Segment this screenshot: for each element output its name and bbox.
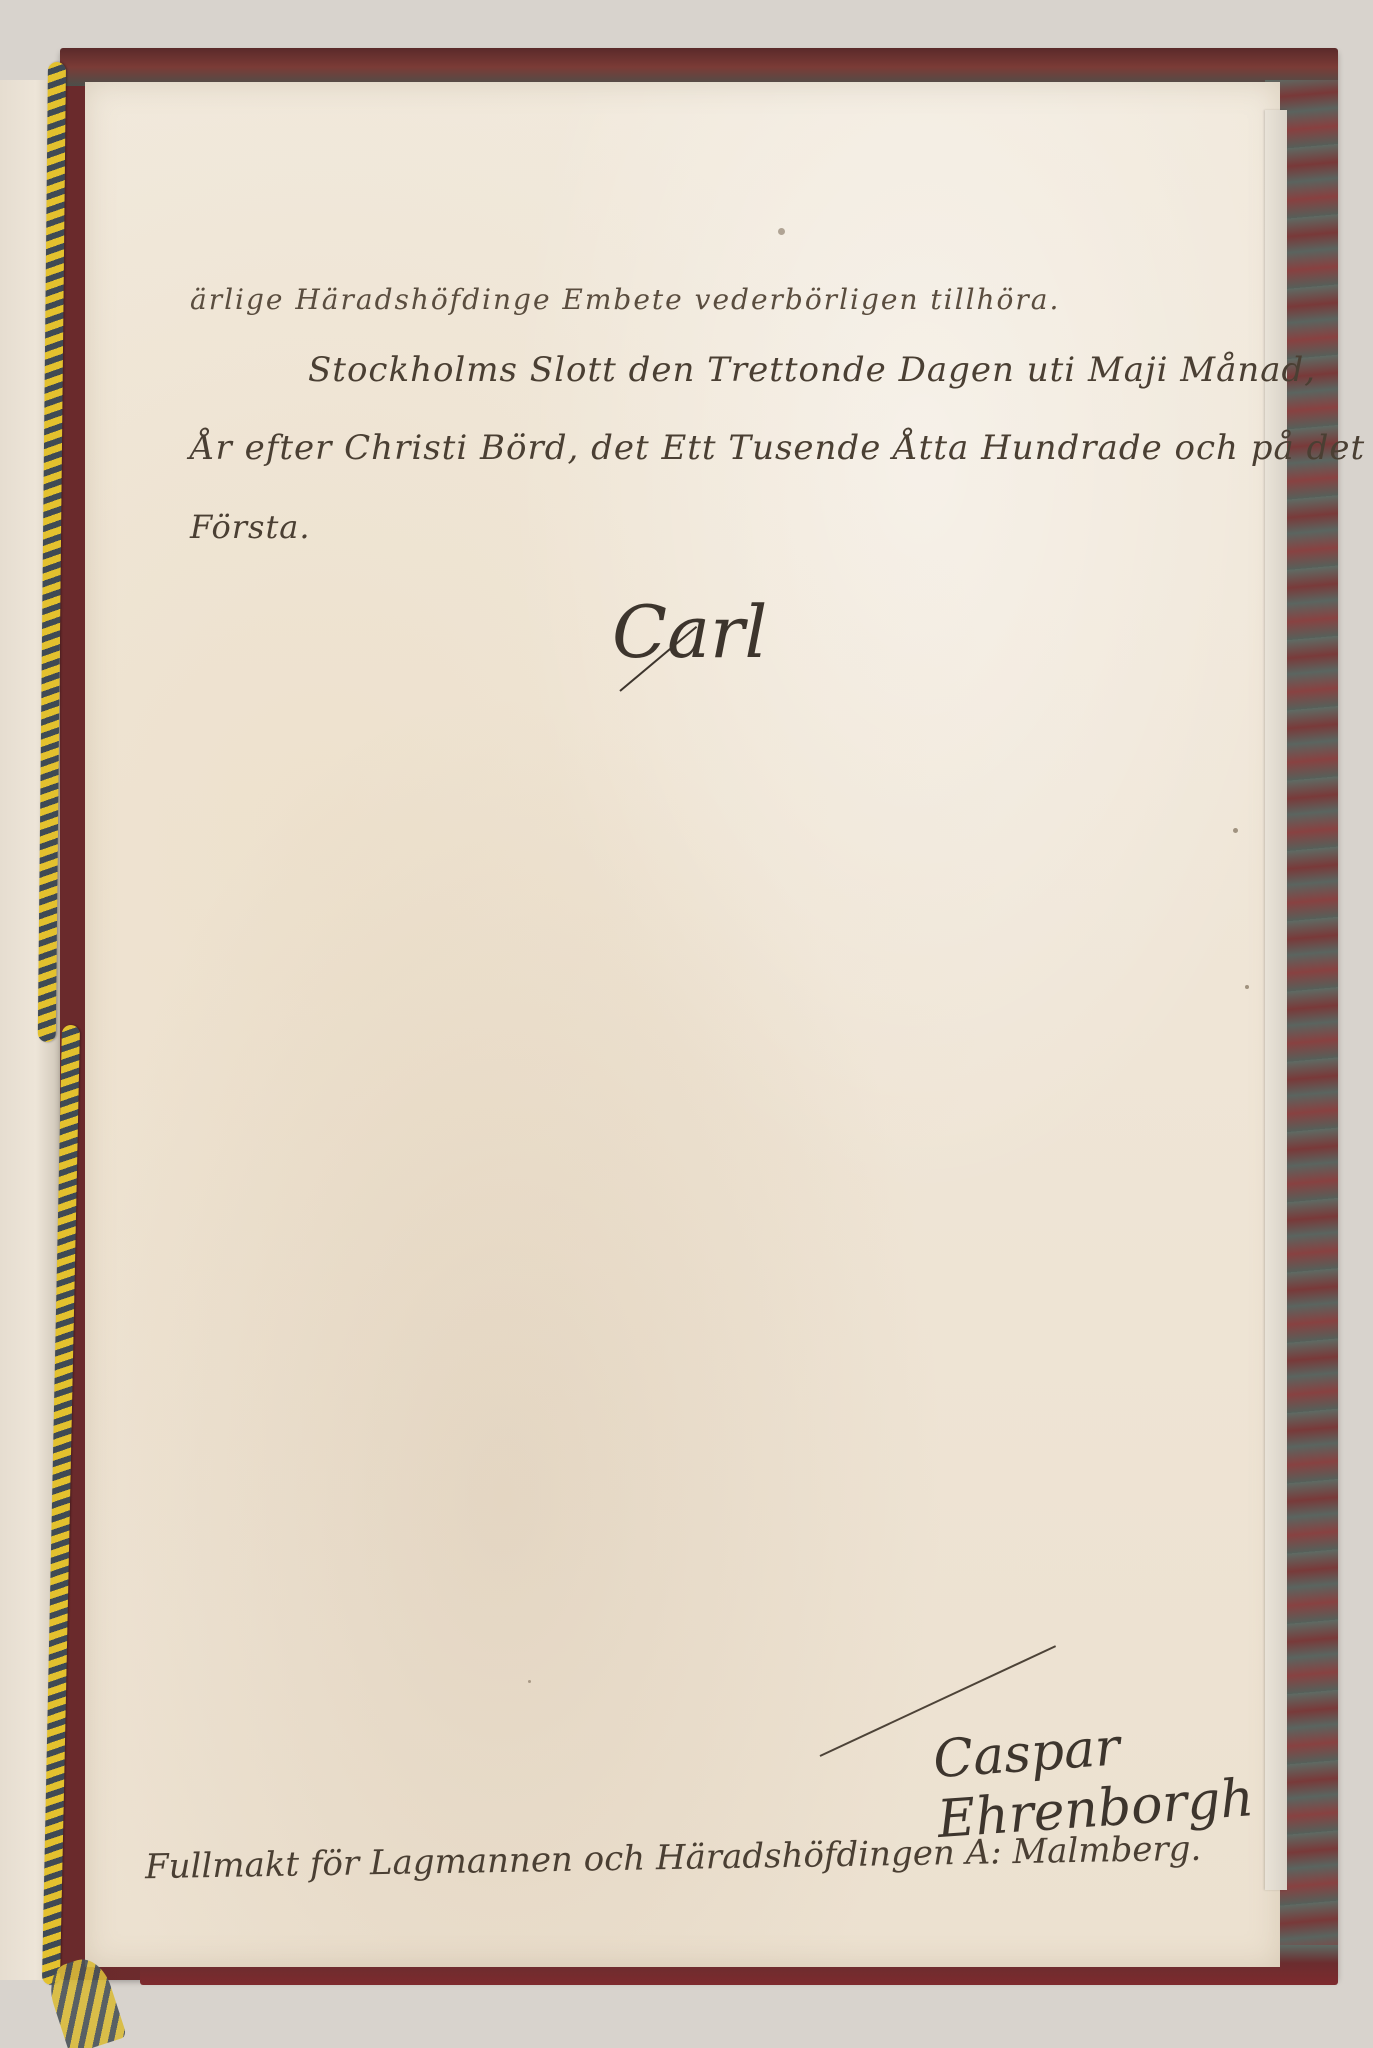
- text-line-2: Stockholms Slott den Trettonde Dagen uti…: [308, 350, 1316, 390]
- document-scan: ärlige Häradshöfdinge Embete vederbörlig…: [0, 0, 1373, 2048]
- foxing-spot: [528, 1680, 531, 1683]
- foxing-spot: [1245, 985, 1249, 989]
- foxing-spot: [1233, 828, 1238, 833]
- text-line-1: ärlige Häradshöfdinge Embete vederbörlig…: [190, 283, 1060, 316]
- foxing-spot: [778, 228, 785, 235]
- cover-top-edge: [60, 48, 1338, 86]
- text-line-4: Första.: [190, 508, 311, 546]
- text-line-3: År efter Christi Börd, det Ett Tusende Å…: [190, 428, 1365, 468]
